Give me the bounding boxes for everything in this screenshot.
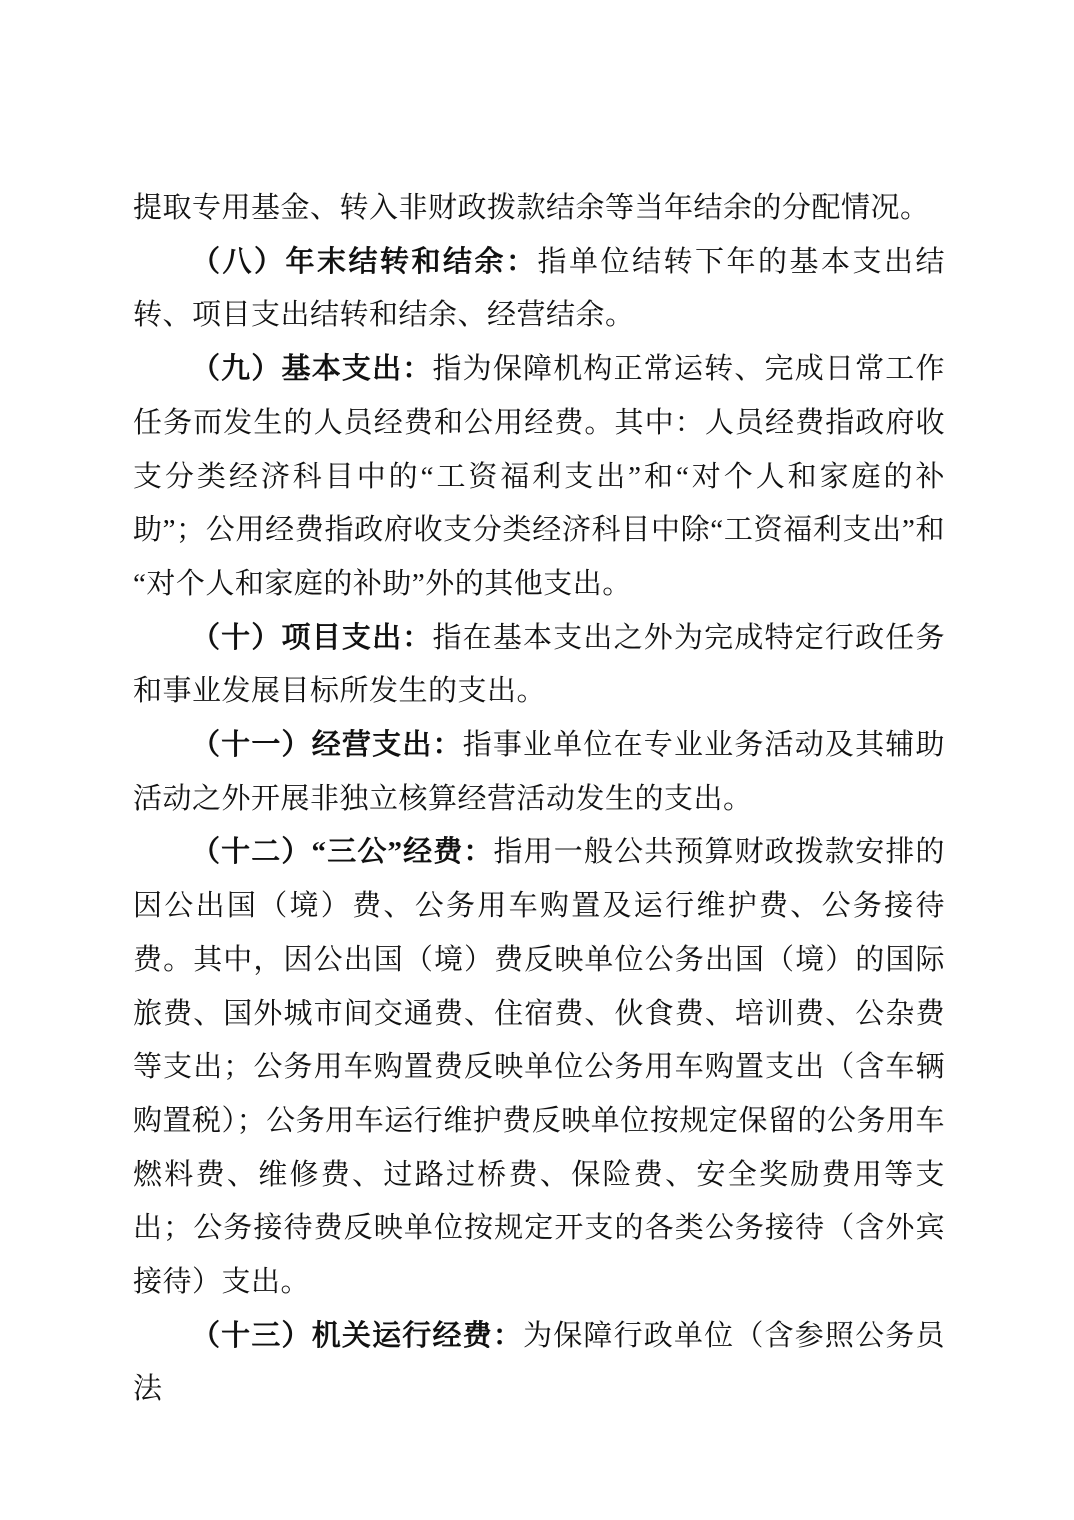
paragraph-term-13: （十三）机关运行经费：为保障行政单位（含参照公务员法 (133, 1310, 945, 1417)
document-page: 提取专用基金、转入非财政拨款结余等当年结余的分配情况。 （八）年末结转和结余：指… (0, 0, 1074, 1520)
paragraph-term-8: （八）年末结转和结余：指单位结转下年的基本支出结转、项目支出结转和结余、经营结余… (133, 236, 945, 343)
paragraph-lead: （十一）经营支出： (191, 729, 463, 761)
paragraph-term-12: （十二）“三公”经费：指用一般公共预算财政拨款安排的因公出国（境）费、公务用车购… (133, 826, 945, 1309)
paragraph-text: 指用一般公共预算财政拨款安排的因公出国（境）费、公务用车购置及运行维护费、公务接… (133, 836, 945, 1298)
paragraph-text: 提取专用基金、转入非财政拨款结余等当年结余的分配情况。 (133, 192, 930, 224)
paragraph-lead: （十二）“三公”经费： (191, 836, 494, 868)
paragraph-text: 指为保障机构正常运转、完成日常工作任务而发生的人员经费和公用经费。其中：人员经费… (133, 353, 945, 600)
paragraph-lead: （十）项目支出： (191, 622, 433, 654)
paragraph-term-10: （十）项目支出：指在基本支出之外为完成特定行政任务和事业发展目标所发生的支出。 (133, 612, 945, 719)
document-content: 提取专用基金、转入非财政拨款结余等当年结余的分配情况。 （八）年末结转和结余：指… (133, 182, 945, 1417)
paragraph-continuation: 提取专用基金、转入非财政拨款结余等当年结余的分配情况。 (133, 182, 945, 236)
paragraph-term-11: （十一）经营支出：指事业单位在专业业务活动及其辅助活动之外开展非独立核算经营活动… (133, 719, 945, 826)
paragraph-term-9: （九）基本支出：指为保障机构正常运转、完成日常工作任务而发生的人员经费和公用经费… (133, 343, 945, 612)
paragraph-lead: （十三）机关运行经费： (191, 1320, 523, 1352)
paragraph-lead: （八）年末结转和结余： (191, 246, 538, 278)
paragraph-lead: （九）基本支出： (191, 353, 433, 385)
